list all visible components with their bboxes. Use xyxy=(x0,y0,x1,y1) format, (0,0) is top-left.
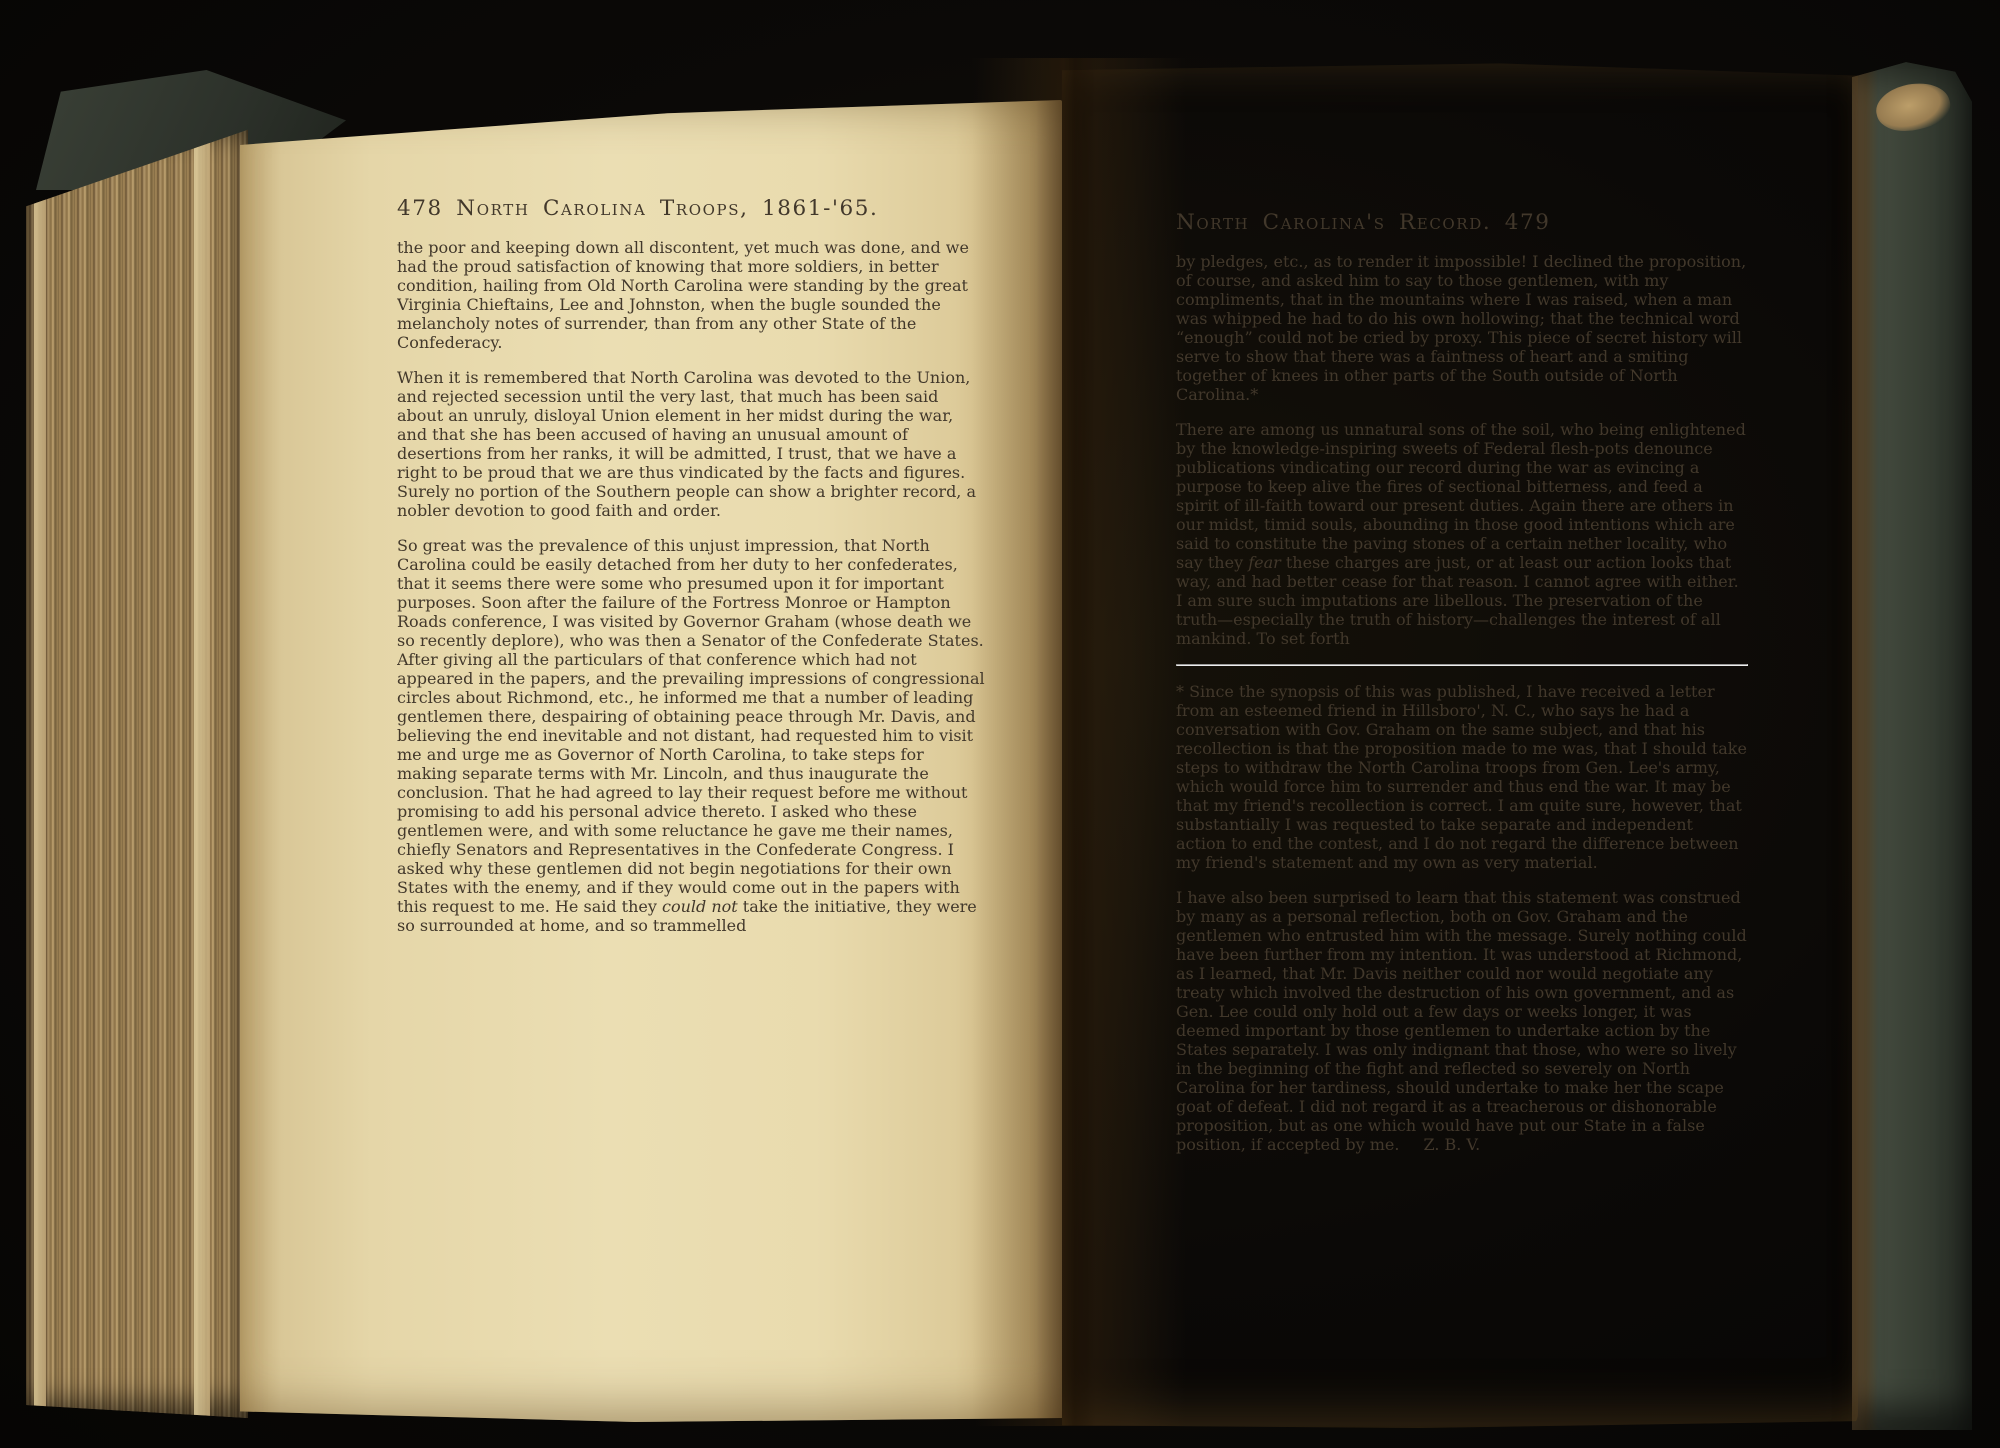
right-page: North Carolina's Record. 479 by pledges,… xyxy=(1062,62,1858,1428)
left-page-text-column: 478 North Carolina Troops, 1861-'65. the… xyxy=(397,196,987,1396)
text-run: by pledges, etc., as to render it imposs… xyxy=(1176,252,1746,404)
text-run: I have also been surprised to learn that… xyxy=(1176,888,1747,1154)
left-page-edges-stack xyxy=(26,118,248,1418)
left-page: 478 North Carolina Troops, 1861-'65. the… xyxy=(240,100,1062,1422)
paragraph: When it is remembered that North Carolin… xyxy=(397,368,987,520)
left-page-header-title: North Carolina Troops, 1861-'65. xyxy=(456,196,878,221)
paragraph: by pledges, etc., as to render it imposs… xyxy=(1176,252,1748,404)
right-page-number: 479 xyxy=(1505,210,1551,235)
book-photograph: 478 North Carolina Troops, 1861-'65. the… xyxy=(0,0,2000,1448)
right-page-footnote: * Since the synopsis of this was publish… xyxy=(1176,682,1748,1154)
book-cover-right-edge xyxy=(1852,58,1972,1430)
text-run: When it is remembered that North Carolin… xyxy=(397,368,976,520)
page-edge-highlight xyxy=(194,118,210,1418)
left-running-head: 478 North Carolina Troops, 1861-'65. xyxy=(397,196,987,222)
text-run: the poor and keeping down all discontent… xyxy=(397,238,969,352)
paragraph: the poor and keeping down all discontent… xyxy=(397,238,987,352)
italic-text-run: fear xyxy=(1248,553,1281,572)
paragraph: There are among us unnatural sons of the… xyxy=(1176,420,1748,648)
paragraph: * Since the synopsis of this was publish… xyxy=(1176,682,1748,872)
text-run: * Since the synopsis of this was publish… xyxy=(1176,682,1747,872)
right-page-body: by pledges, etc., as to render it imposs… xyxy=(1176,252,1748,648)
left-page-body: the poor and keeping down all discontent… xyxy=(397,238,987,935)
right-page-text-column: North Carolina's Record. 479 by pledges,… xyxy=(1176,210,1748,1400)
text-run: Z. B. V. xyxy=(1399,1135,1480,1154)
paragraph: So great was the prevalence of this unju… xyxy=(397,536,987,935)
text-run: There are among us unnatural sons of the… xyxy=(1176,420,1746,572)
left-page-number: 478 xyxy=(397,196,443,221)
italic-text-run: could not xyxy=(662,897,738,916)
right-running-head: North Carolina's Record. 479 xyxy=(1176,210,1748,236)
footnote-separator-rule xyxy=(1176,664,1748,666)
page-edge-highlight xyxy=(34,118,46,1418)
paragraph: I have also been surprised to learn that… xyxy=(1176,888,1748,1154)
text-run: So great was the prevalence of this unju… xyxy=(397,536,985,916)
right-page-header-title: North Carolina's Record. xyxy=(1176,210,1491,235)
